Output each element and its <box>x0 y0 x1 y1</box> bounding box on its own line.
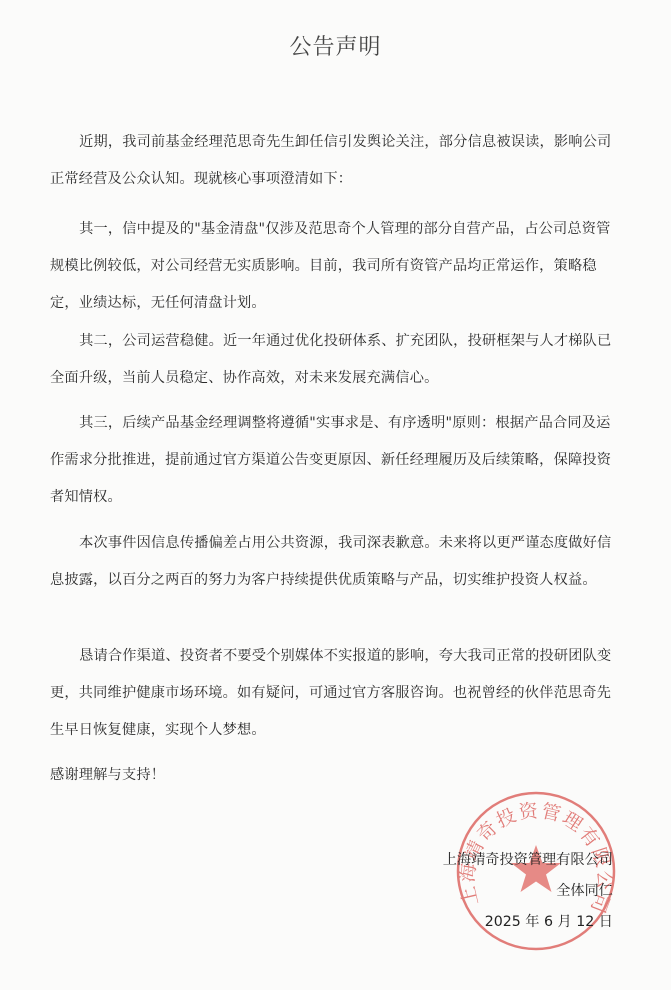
page-title: 公告声明 <box>0 30 671 61</box>
paragraph-appeal: 恳请合作渠道、投资者不要受个别媒体不实报道的影响，夸大我司正常的投研团队变更，共… <box>50 638 620 749</box>
paragraph-apology: 本次事件因信息传播偏差占用公共资源，我司深表歉意。未来将以更严谨态度做好信息披露… <box>50 525 620 599</box>
paragraph-point-2: 其二，公司运营稳健。近一年通过优化投研体系、扩充团队，投研框架与人才梯队已全面升… <box>50 323 620 397</box>
paragraph-intro: 近期，我司前基金经理范思奇先生卸任信引发舆论关注，部分信息被误读，影响公司正常经… <box>50 124 620 198</box>
paragraph-point-3: 其三，后续产品基金经理调整将遵循"实事求是、有序透明"原则：根据产品合同及运作需… <box>50 405 620 516</box>
signature-staff: 全体同仁 <box>556 881 613 901</box>
closing-line: 感谢理解与支持！ <box>50 757 620 794</box>
signature-date: 2025 年 6 月 12 日 <box>485 912 613 932</box>
paragraph-point-1: 其一，信中提及的"基金清盘"仅涉及范思奇个人管理的部分自营产品，占公司总资管规模… <box>50 211 620 322</box>
signature-company: 上海靖奇投资管理有限公司 <box>443 850 613 870</box>
